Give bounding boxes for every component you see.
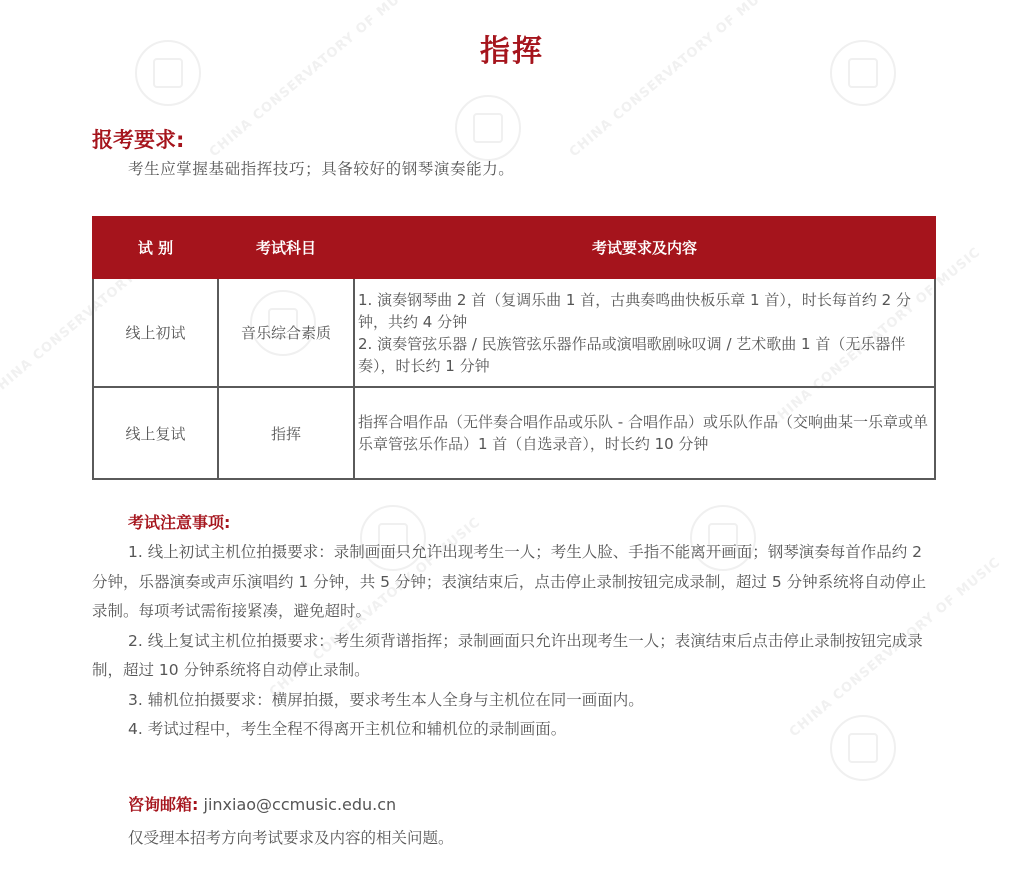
contact-note: 仅受理本招考方向考试要求及内容的相关问题。 bbox=[128, 826, 454, 848]
watermark-text: CHINA CONSERVATORY OF MUSIC bbox=[567, 0, 784, 160]
column-header-stage: 试 别 bbox=[93, 217, 218, 278]
column-header-content: 考试要求及内容 bbox=[354, 217, 935, 278]
contact-email-link[interactable]: jinxiao@ccmusic.edu.cn bbox=[204, 795, 397, 814]
requirements-text: 考生应掌握基础指挥技巧；具备较好的钢琴演奏能力。 bbox=[128, 157, 514, 179]
subject-cell: 音乐综合素质 bbox=[218, 278, 354, 387]
contact-label: 咨询邮箱: bbox=[128, 795, 198, 814]
table-header-row: 试 别 考试科目 考试要求及内容 bbox=[93, 217, 935, 278]
content-cell: 指挥合唱作品（无伴奏合唱作品或乐队 - 合唱作品）或乐队作品（交响曲某一乐章或单… bbox=[354, 387, 935, 479]
exam-table: 试 别 考试科目 考试要求及内容 线上初试 音乐综合素质 1. 演奏钢琴曲 2 … bbox=[92, 216, 936, 480]
note-item: 3. 辅机位拍摄要求：横屏拍摄，要求考生本人全身与主机位在同一画面内。 bbox=[92, 686, 934, 716]
seal-watermark-icon bbox=[455, 95, 521, 161]
stage-cell: 线上复试 bbox=[93, 387, 218, 479]
content-cell: 1. 演奏钢琴曲 2 首（复调乐曲 1 首，古典奏鸣曲快板乐章 1 首），时长每… bbox=[354, 278, 935, 387]
table-row: 线上复试 指挥 指挥合唱作品（无伴奏合唱作品或乐队 - 合唱作品）或乐队作品（交… bbox=[93, 387, 935, 479]
watermark-text: CHINA CONSERVATORY OF MUSIC bbox=[207, 0, 424, 160]
note-item: 4. 考试过程中，考生全程不得离开主机位和辅机位的录制画面。 bbox=[92, 715, 934, 745]
content-line: 指挥合唱作品（无伴奏合唱作品或乐队 - 合唱作品）或乐队作品（交响曲某一乐章或单… bbox=[358, 411, 931, 455]
subject-cell: 指挥 bbox=[218, 387, 354, 479]
contact-line: 咨询邮箱: jinxiao@ccmusic.edu.cn bbox=[128, 792, 396, 815]
content-line: 1. 演奏钢琴曲 2 首（复调乐曲 1 首，古典奏鸣曲快板乐章 1 首），时长每… bbox=[358, 289, 931, 333]
column-header-subject: 考试科目 bbox=[218, 217, 354, 278]
note-item: 1. 线上初试主机位拍摄要求：录制画面只允许出现考生一人；考生人脸、手指不能离开… bbox=[92, 538, 934, 627]
table-row: 线上初试 音乐综合素质 1. 演奏钢琴曲 2 首（复调乐曲 1 首，古典奏鸣曲快… bbox=[93, 278, 935, 387]
note-item: 2. 线上复试主机位拍摄要求：考生须背谱指挥；录制画面只允许出现考生一人；表演结… bbox=[92, 627, 934, 686]
page-title: 指挥 bbox=[0, 26, 1024, 70]
requirements-heading: 报考要求: bbox=[92, 124, 184, 154]
stage-cell: 线上初试 bbox=[93, 278, 218, 387]
notes-list: 1. 线上初试主机位拍摄要求：录制画面只允许出现考生一人；考生人脸、手指不能离开… bbox=[92, 538, 934, 745]
content-line: 2. 演奏管弦乐器 / 民族管弦乐器作品或演唱歌剧咏叹调 / 艺术歌曲 1 首（… bbox=[358, 333, 931, 377]
notes-heading: 考试注意事项: bbox=[128, 510, 230, 533]
